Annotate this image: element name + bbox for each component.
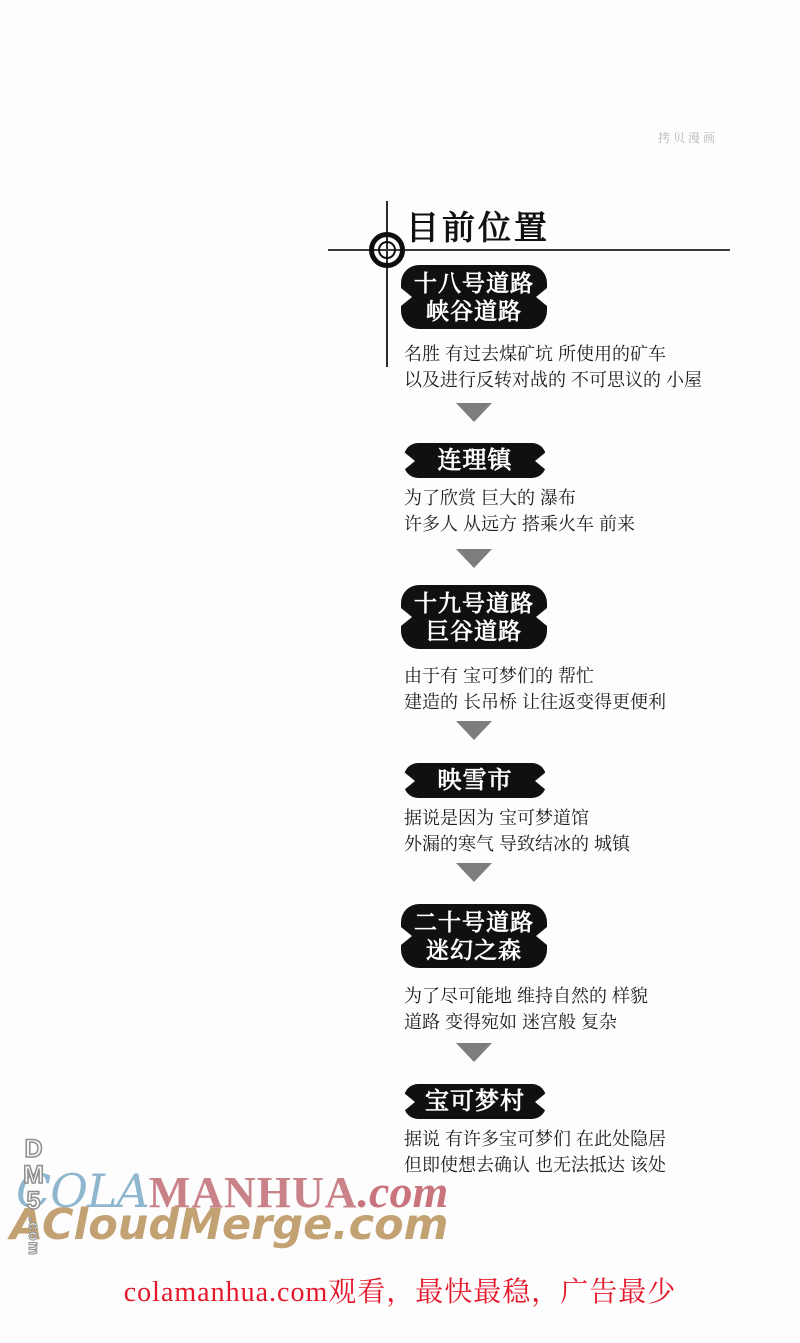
- side-watermark-suffix: .com: [25, 1217, 42, 1256]
- side-watermark-letter: 5: [27, 1188, 41, 1214]
- location-badge-route-20: 二十号道路 迷幻之森: [401, 904, 547, 968]
- description-line: 为了尽可能地 维持自然的 样貌: [404, 983, 724, 1009]
- location-description: 名胜 有过去煤矿坑 所使用的矿车 以及进行反转对战的 不可思议的 小屋: [404, 341, 724, 393]
- down-arrow-icon: [456, 721, 492, 740]
- page-title: 目前位置: [406, 210, 550, 246]
- description-line: 建造的 长吊桥 让往返变得更便利: [404, 689, 724, 715]
- location-badge-pokemon-village: 宝可梦村: [404, 1084, 546, 1119]
- location-name-line: 映雪市: [404, 763, 546, 798]
- location-name-line: 十九号道路: [401, 589, 547, 617]
- location-description: 据说 有许多宝可梦们 在此处隐居 但即使想去确认 也无法抵达 该处: [404, 1126, 724, 1178]
- location-badge-yingxue-city: 映雪市: [404, 763, 546, 798]
- down-arrow-icon: [456, 863, 492, 882]
- description-line: 为了欣赏 巨大的 瀑布: [404, 485, 724, 511]
- down-arrow-icon: [456, 549, 492, 568]
- location-badge-lianli-town: 连理镇: [404, 443, 546, 478]
- location-name-line: 十八号道路: [401, 269, 547, 297]
- location-description: 据说是因为 宝可梦道馆 外漏的寒气 导致结冰的 城镇: [404, 805, 724, 857]
- description-line: 据说是因为 宝可梦道馆: [404, 805, 724, 831]
- side-watermark-letter: M: [23, 1162, 44, 1188]
- vertical-guide-line: [386, 201, 388, 367]
- description-line: 名胜 有过去煤矿坑 所使用的矿车: [404, 341, 724, 367]
- description-line: 由于有 宝可梦们的 帮忙: [404, 663, 724, 689]
- location-name-line: 峡谷道路: [401, 297, 547, 325]
- description-line: 据说 有许多宝可梦们 在此处隐居: [404, 1126, 724, 1152]
- reader-watermark: 拷贝漫画: [658, 129, 718, 146]
- location-description: 为了尽可能地 维持自然的 样貌 道路 变得宛如 迷宫般 复杂: [404, 983, 724, 1035]
- side-watermark: D M 5 .com: [14, 1136, 53, 1245]
- footer-site-notice: colamanhua.com观看，最快最稳，广告最少: [0, 1270, 800, 1310]
- side-watermark-letter: D: [24, 1136, 42, 1162]
- location-badge-route-18: 十八号道路 峡谷道路: [401, 265, 547, 329]
- crosshair-target-icon: [369, 232, 405, 268]
- location-name-line: 连理镇: [404, 443, 546, 478]
- location-name-line: 二十号道路: [401, 908, 547, 936]
- brand-watermark-acloudmerge: ACloudMerge.com: [10, 1201, 448, 1249]
- down-arrow-icon: [456, 1043, 492, 1062]
- description-line: 外漏的寒气 导致结冰的 城镇: [404, 831, 724, 857]
- description-line: 许多人 从远方 搭乘火车 前来: [404, 511, 724, 537]
- location-description: 为了欣赏 巨大的 瀑布 许多人 从远方 搭乘火车 前来: [404, 485, 724, 537]
- down-arrow-icon: [456, 403, 492, 422]
- description-line: 以及进行反转对战的 不可思议的 小屋: [404, 367, 724, 393]
- location-description: 由于有 宝可梦们的 帮忙 建造的 长吊桥 让往返变得更便利: [404, 663, 724, 715]
- location-name-line: 巨谷道路: [401, 617, 547, 645]
- location-name-line: 宝可梦村: [404, 1084, 546, 1119]
- location-badge-route-19: 十九号道路 巨谷道路: [401, 585, 547, 649]
- description-line: 但即使想去确认 也无法抵达 该处: [404, 1152, 724, 1178]
- description-line: 道路 变得宛如 迷宫般 复杂: [404, 1009, 724, 1035]
- location-name-line: 迷幻之森: [401, 936, 547, 964]
